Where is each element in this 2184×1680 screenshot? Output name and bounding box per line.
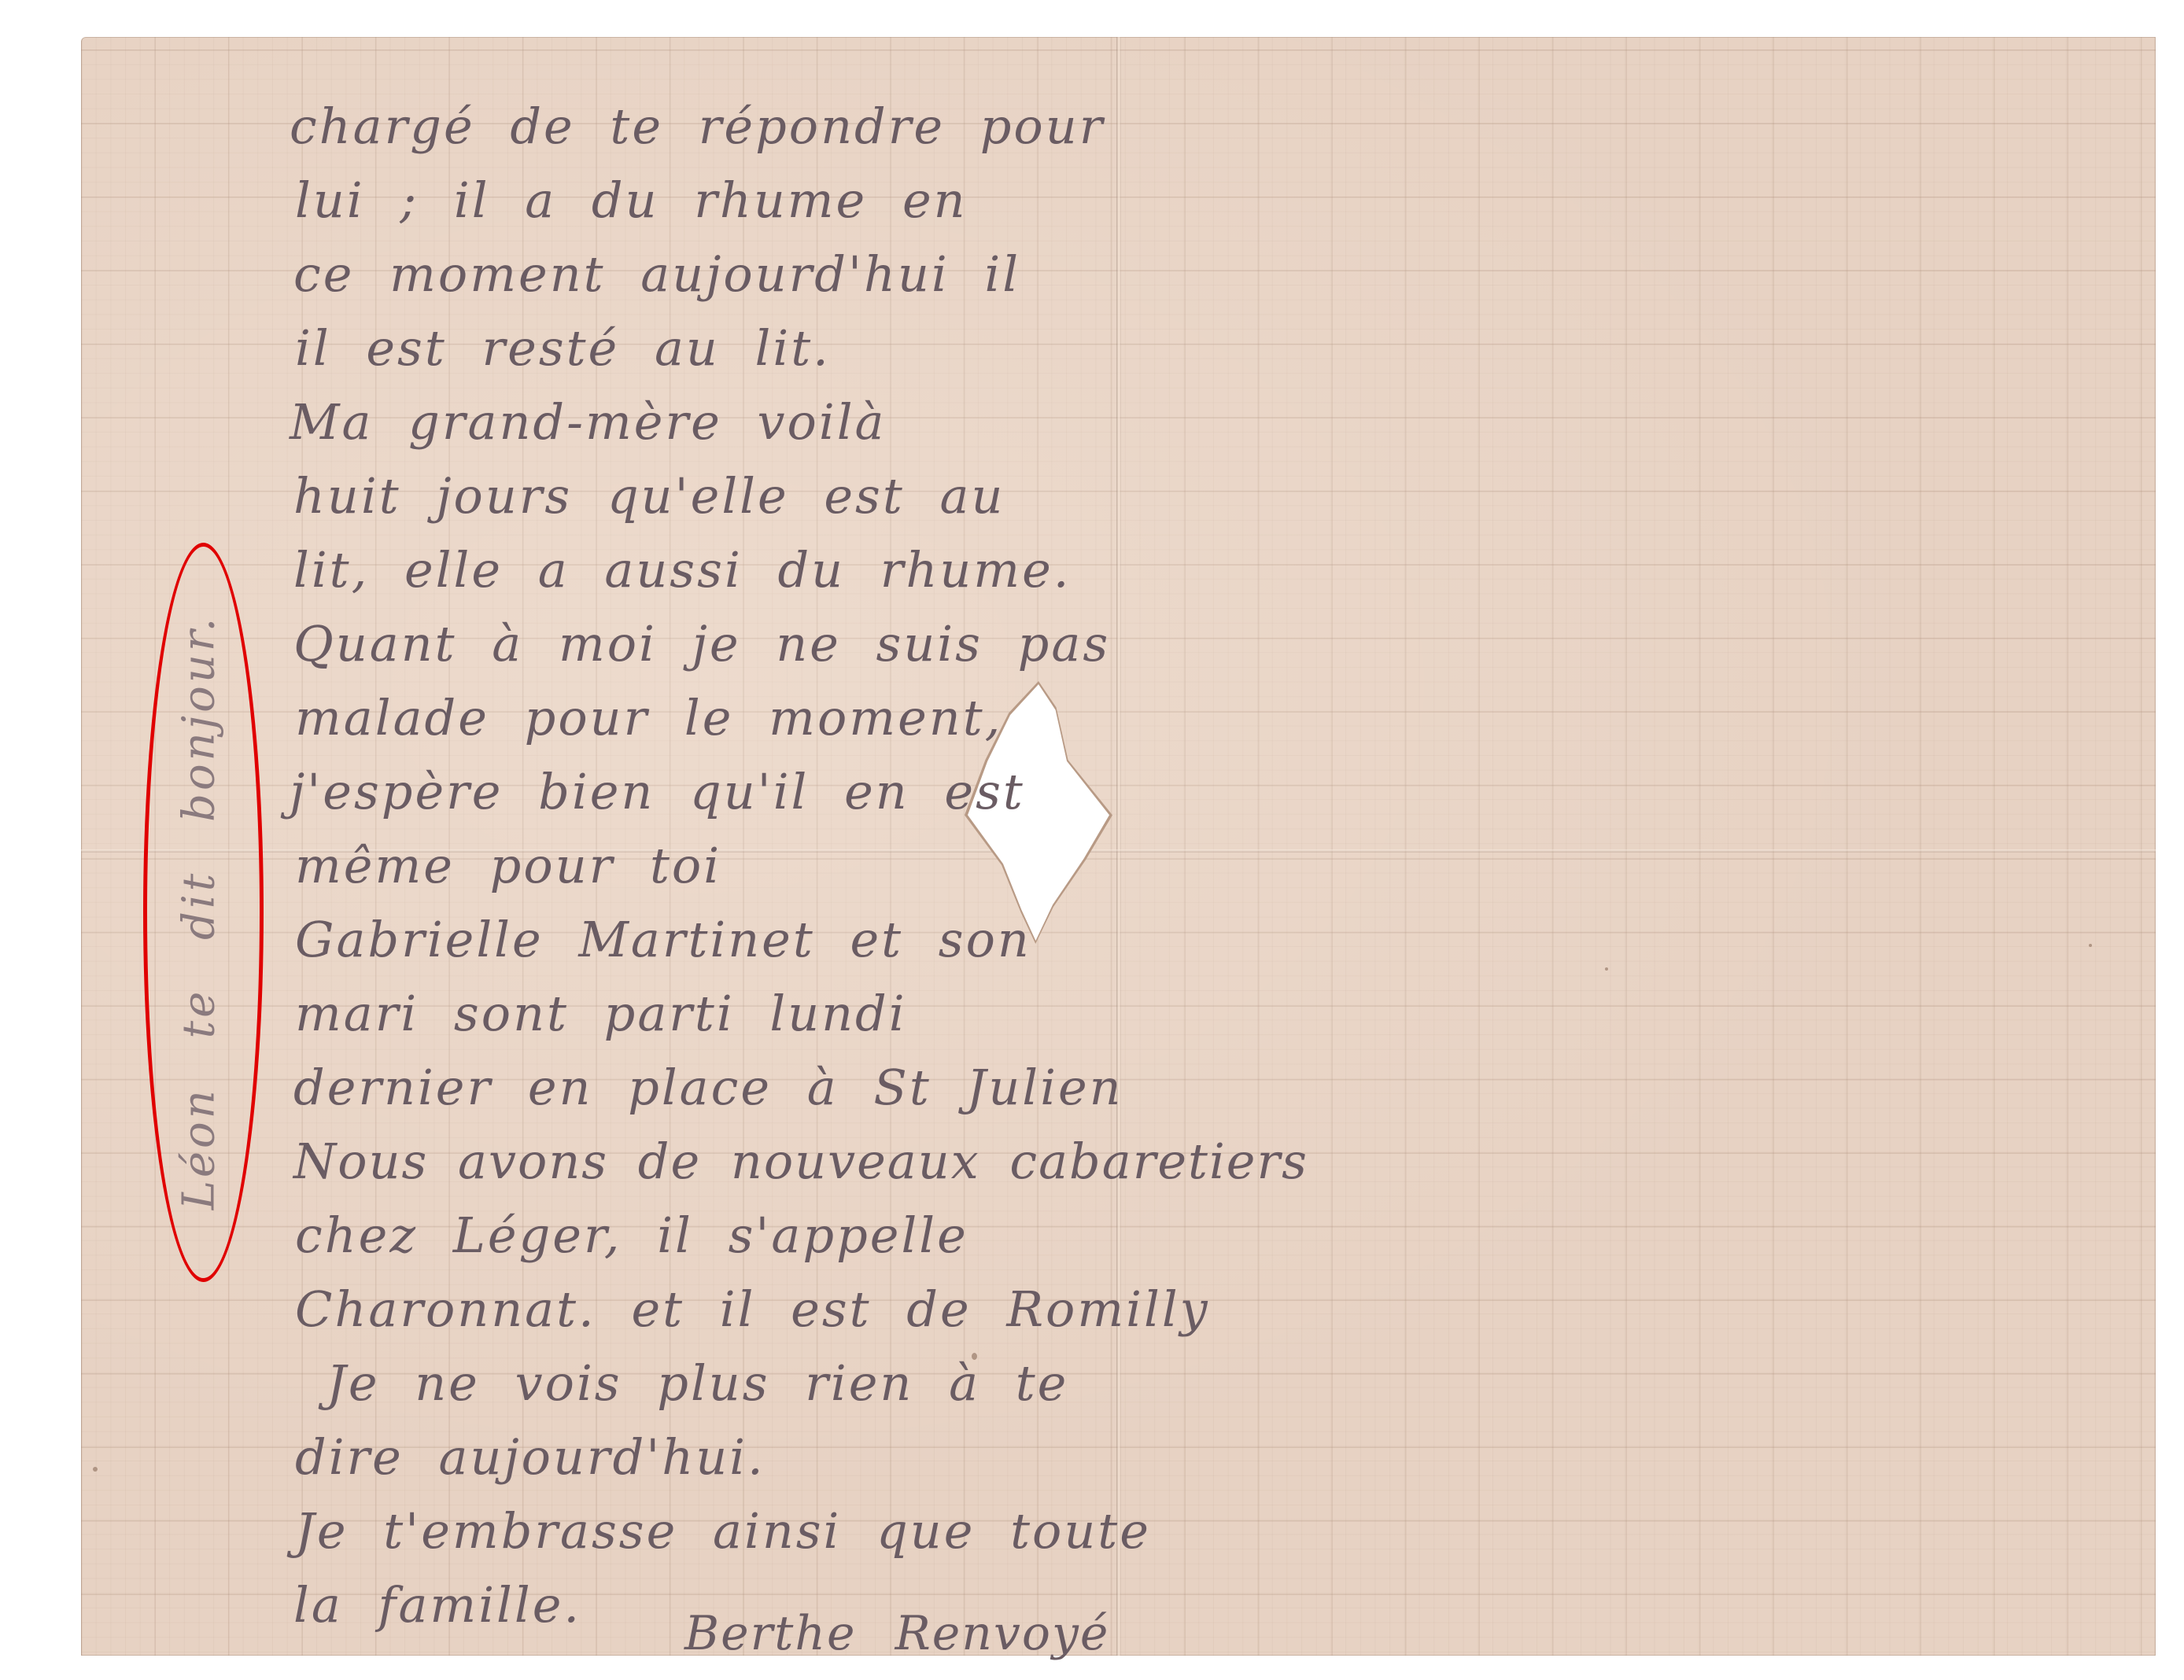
letter-line: Gabrielle Martinet et son: [295, 903, 1031, 977]
letter-line: dernier en place à St Julien: [293, 1051, 1123, 1125]
letter-line: lit, elle a aussi du rhume.: [293, 533, 1072, 607]
letter-line: j'espère bien qu'il en est: [290, 755, 1025, 829]
vertical-fold-crease: [1116, 37, 1121, 1656]
paper-speck: [972, 1353, 977, 1360]
margin-note: Léon te dit bonjour.: [174, 615, 225, 1210]
letter-line: malade pour le moment,: [295, 681, 1002, 755]
letter-line: la famille.: [293, 1568, 581, 1642]
letter-line: chargé de te répondre pour: [290, 90, 1105, 164]
letter-line: Je t'embrasse ainsi que toute: [295, 1494, 1151, 1568]
letter-line: Ma grand-mère voilà: [290, 385, 887, 459]
signature: Berthe Renvoyé: [684, 1597, 1109, 1671]
letter-line: mari sont parti lundi: [295, 977, 907, 1051]
letter-line: dire aujourd'hui.: [295, 1420, 766, 1494]
letter-line: ce moment aujourd'hui il: [293, 238, 1020, 311]
letter-line: huit jours qu'elle est au: [293, 459, 1005, 533]
paper-speck: [2089, 944, 2092, 947]
letter-line: Nous avons de nouveaux cabaretiers: [293, 1125, 1308, 1199]
letter-line: Quant à moi je ne suis pas: [293, 607, 1110, 681]
letter-line: Je ne vois plus rien à te: [326, 1347, 1068, 1420]
paper-speck: [93, 1467, 98, 1472]
letter-line: même pour toi: [295, 829, 721, 903]
letter-line: lui ; il a du rhume en: [295, 164, 968, 238]
letter-line: il est resté au lit.: [295, 311, 831, 385]
letter-line: chez Léger, il s'appelle: [295, 1199, 968, 1273]
letter-line: Charonnat. et il est de Romilly: [295, 1273, 1210, 1347]
paper-speck: [1605, 967, 1608, 971]
